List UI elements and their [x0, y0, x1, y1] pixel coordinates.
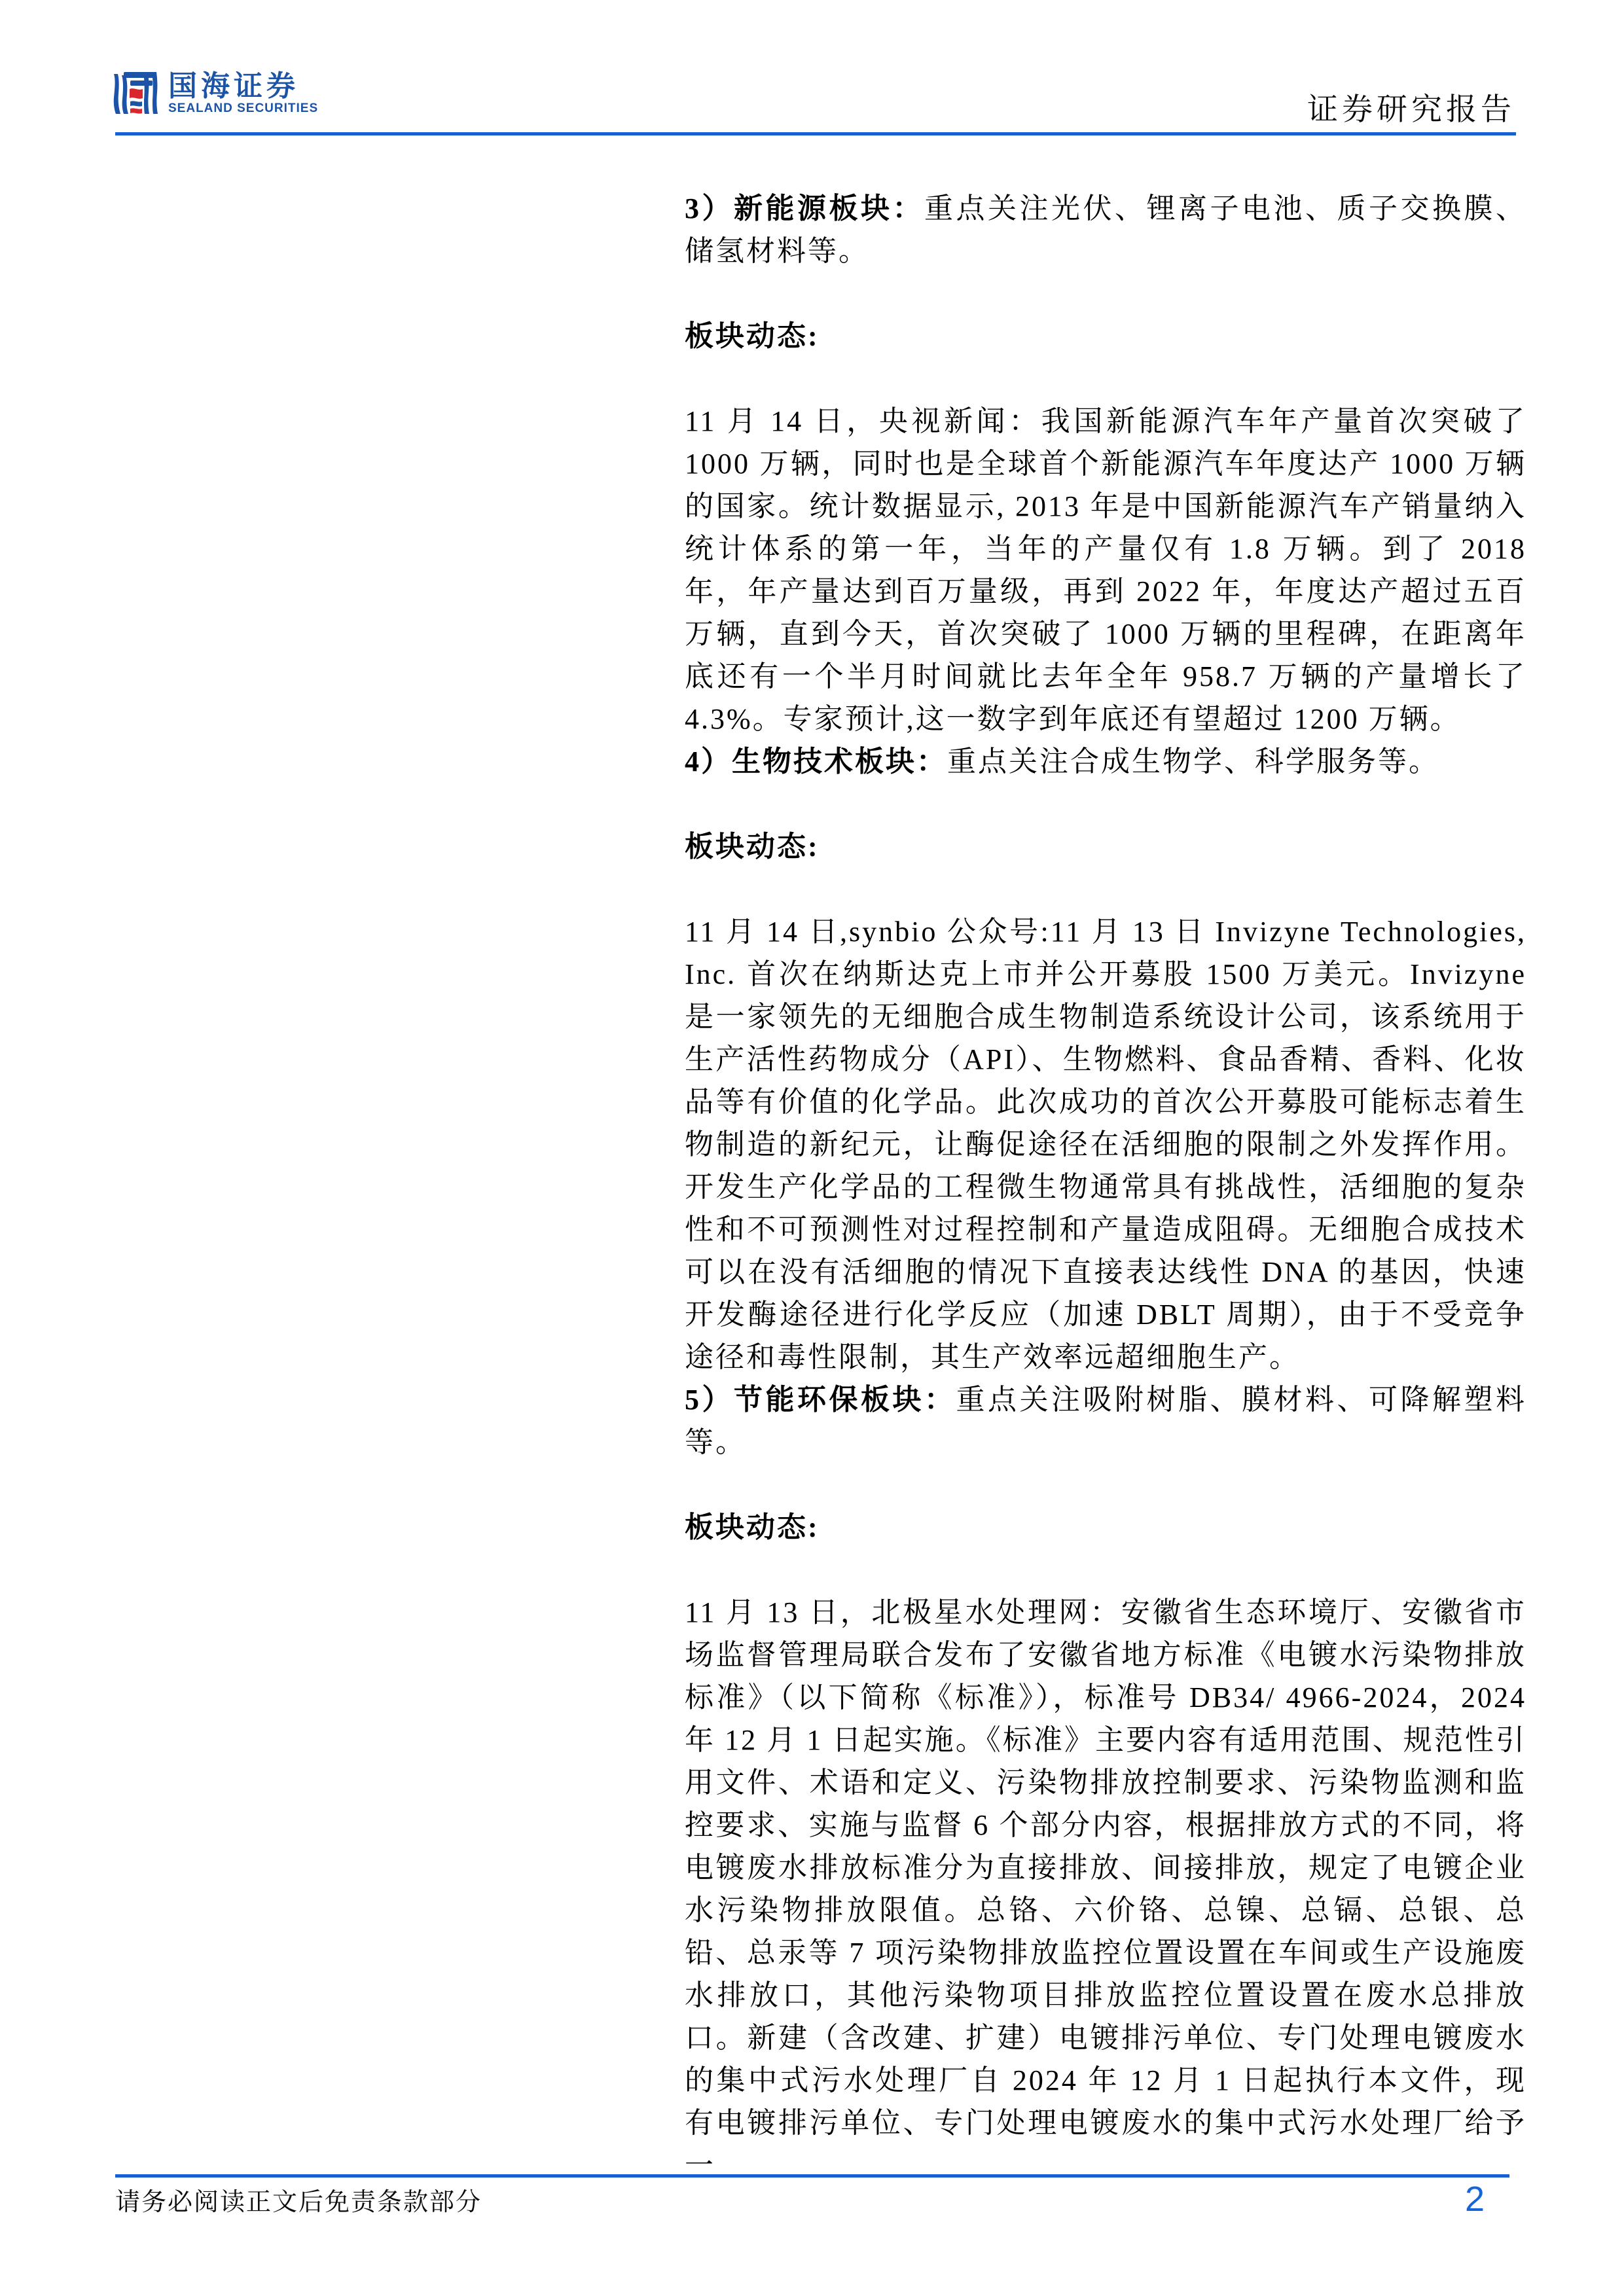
section-heading-number: 4）生物技术板块： — [685, 745, 947, 778]
sealand-logo: 国海证券 SEALAND SECURITIES — [113, 71, 318, 116]
section-heading-number: 5）节能环保板块： — [685, 1384, 956, 1416]
footer-divider — [115, 2174, 1509, 2178]
logo-cn-text: 国海证券 — [168, 71, 318, 101]
section-heading-text: 重点关注合成生物学、科学服务等。 — [947, 745, 1439, 778]
section-dynamics-label: 板块动态: — [685, 315, 1526, 357]
section-biotech: 4）生物技术板块：重点关注合成生物学、科学服务等。 板块动态: 11 月 14 … — [685, 740, 1526, 1378]
section-paragraph: 11 月 13 日，北极星水处理网：安徽省生态环境厅、安徽省市场监督管理局联合发… — [685, 1591, 1526, 2187]
header-divider — [115, 132, 1516, 135]
section-heading: 4）生物技术板块：重点关注合成生物学、科学服务等。 — [685, 740, 1526, 783]
section-new-energy: 3）新能源板块：重点关注光伏、锂离子电池、质子交换膜、储氢材料等。 板块动态: … — [685, 187, 1526, 740]
section-heading-number: 3）新能源板块： — [685, 192, 924, 224]
section-dynamics-label: 板块动态: — [685, 1506, 1526, 1549]
sealand-logo-icon — [113, 71, 159, 115]
section-environmental: 5）节能环保板块：重点关注吸附树脂、膜材料、可降解塑料等。 板块动态: 11 月… — [685, 1378, 1526, 2187]
logo-text: 国海证券 SEALAND SECURITIES — [168, 71, 318, 116]
footer-disclaimer: 请务必阅读正文后免责条款部分 — [115, 2187, 482, 2218]
report-page: 国海证券 SEALAND SECURITIES 证券研究报告 3）新能源板块：重… — [0, 0, 1624, 2296]
section-paragraph: 11 月 14 日,synbio 公众号:11 月 13 日 Invizyne … — [685, 910, 1526, 1378]
section-heading: 5）节能环保板块：重点关注吸附树脂、膜材料、可降解塑料等。 — [685, 1378, 1526, 1463]
page-number: 2 — [1465, 2181, 1485, 2217]
section-heading: 3）新能源板块：重点关注光伏、锂离子电池、质子交换膜、储氢材料等。 — [685, 187, 1526, 272]
report-body: 3）新能源板块：重点关注光伏、锂离子电池、质子交换膜、储氢材料等。 板块动态: … — [685, 187, 1526, 2187]
section-dynamics-label: 板块动态: — [685, 825, 1526, 868]
report-type-label: 证券研究报告 — [1307, 94, 1515, 126]
section-paragraph: 11 月 14 日，央视新闻：我国新能源汽车年产量首次突破了 1000 万辆，同… — [685, 400, 1526, 740]
logo-en-text: SEALAND SECURITIES — [168, 101, 318, 116]
